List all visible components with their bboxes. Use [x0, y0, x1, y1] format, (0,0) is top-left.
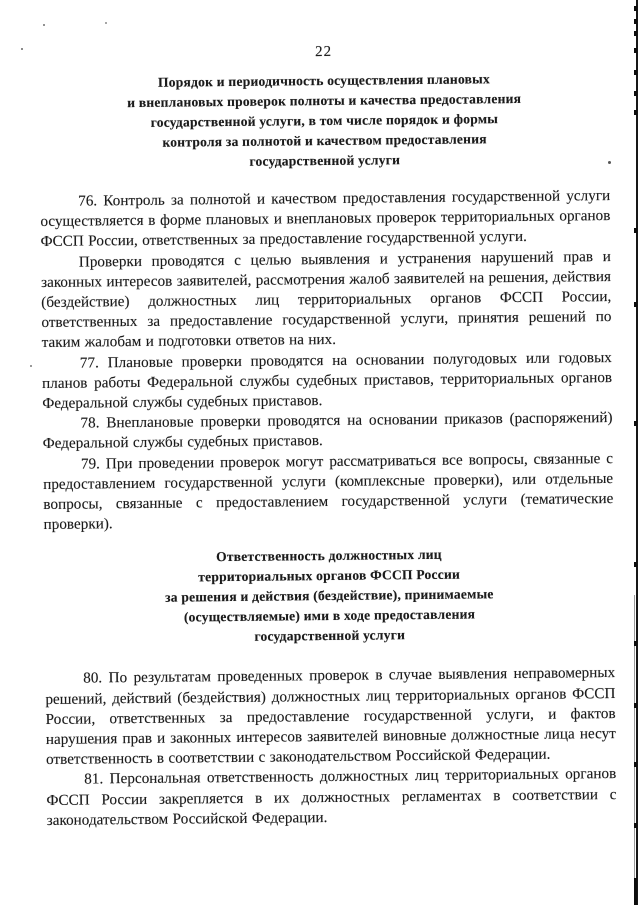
- section-heading-responsibility: Ответственность должностных лиц территор…: [44, 543, 615, 649]
- scan-speck: [608, 161, 611, 164]
- body-paragraph-81: 81. Персональная ответственность должнос…: [46, 764, 617, 831]
- scan-speck: [105, 22, 107, 24]
- scan-speck: [509, 457, 511, 459]
- scan-edge-tick: [634, 823, 637, 828]
- paragraph-group-control: 76. Контроль за полнотой и качеством пре…: [40, 186, 614, 535]
- body-paragraph-76b: Проверки проводятся с целью выявления и …: [41, 247, 612, 354]
- body-paragraph-76: 76. Контроль за полнотой и качеством пре…: [40, 186, 611, 253]
- scanned-document-page: 22 Порядок и периодичность осуществления…: [38, 0, 617, 831]
- scan-speck: [30, 365, 32, 367]
- scan-edge-tick: [634, 562, 637, 567]
- page-number: 22: [38, 0, 609, 64]
- scan-edge-tick: [634, 91, 637, 96]
- body-paragraph-78: 78. Внеплановые проверки проводятся на о…: [42, 408, 612, 454]
- scan-edge-line: [636, 0, 638, 905]
- scan-edge-tick: [634, 70, 637, 75]
- section-heading-control: Порядок и периодичность осуществления пл…: [39, 68, 610, 174]
- body-paragraph-80: 80. По результатам проведенных проверок …: [45, 663, 616, 770]
- scan-edge-tick: [634, 110, 637, 115]
- scan-edge-tick: [634, 641, 637, 646]
- scan-edge-tick: [634, 703, 637, 708]
- scan-speck: [56, 522, 58, 525]
- paragraph-group-responsibility: 80. По результатам проведенных проверок …: [45, 663, 617, 831]
- scan-edge-tick: [634, 19, 637, 24]
- scan-speck: [93, 741, 95, 743]
- scan-edge-tick: [634, 228, 637, 233]
- scan-edge-tick: [634, 6, 637, 11]
- scan-edge-tick: [634, 421, 637, 426]
- scan-edge-tick: [634, 48, 637, 53]
- body-paragraph-79: 79. При проведении проверок могут рассма…: [43, 449, 614, 536]
- scan-speck: [43, 24, 45, 26]
- scan-edge-tick: [634, 302, 637, 307]
- scan-edge-tick: [634, 31, 637, 36]
- scan-edge-tick: [634, 762, 637, 767]
- scan-speck: [21, 48, 23, 50]
- body-paragraph-77: 77. Плановые проверки проводятся на осно…: [42, 348, 613, 415]
- scan-edge-tick: [634, 878, 637, 905]
